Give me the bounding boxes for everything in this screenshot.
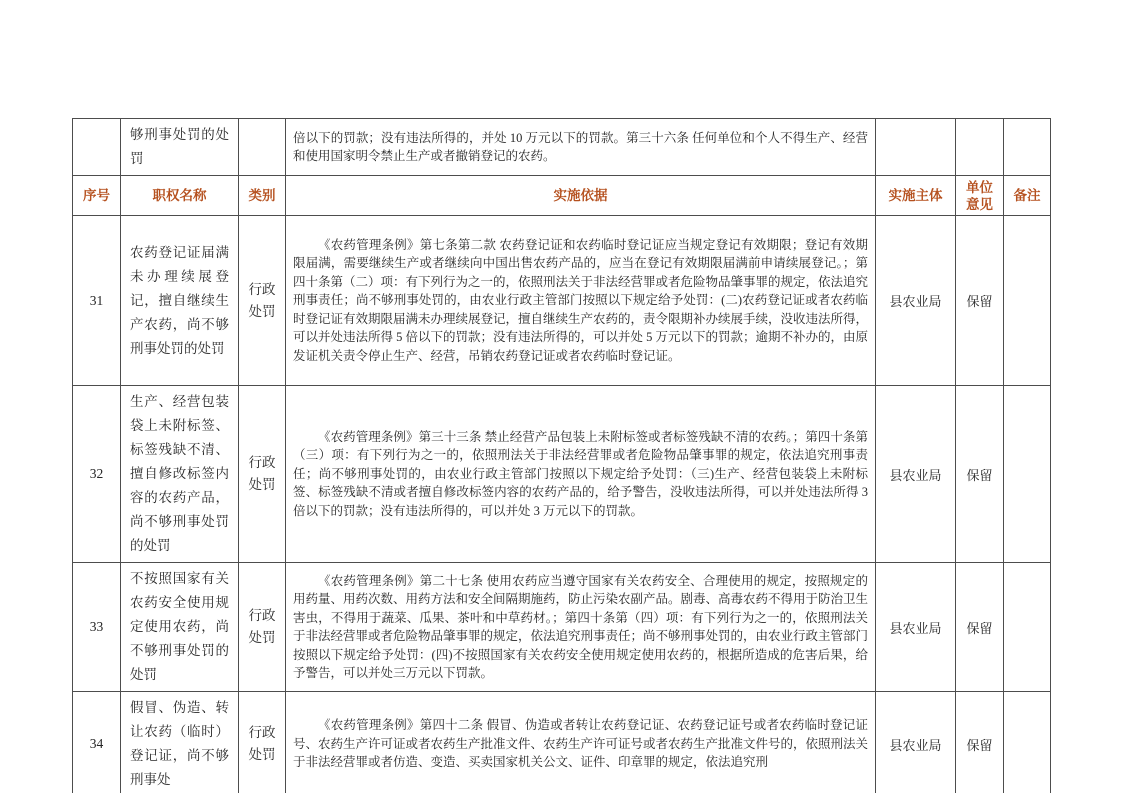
header-subject: 实施主体 — [876, 176, 956, 216]
cell-category: 行政处罚 — [239, 216, 286, 386]
header-category: 类别 — [239, 176, 286, 216]
header-basis: 实施依据 — [286, 176, 876, 216]
basis-text: 《农药管理条例》第七条第二款 农药登记证和农药临时登记证应当规定登记有效期限；登… — [293, 236, 868, 366]
table-row: 32 生产、经营包装袋上未附标签、标签残缺不清、擅自修改标签内容的农药产品，尚不… — [73, 386, 1051, 563]
cell-subject: 县农业局 — [876, 692, 956, 793]
cell-category: 行政处罚 — [239, 563, 286, 692]
cell-remark — [1004, 563, 1051, 692]
cell-basis: 倍以下的罚款；没有违法所得的，并处 10 万元以下的罚款。第三十六条 任何单位和… — [286, 119, 876, 176]
authority-table: 够刑事处罚的处罚 倍以下的罚款；没有违法所得的，并处 10 万元以下的罚款。第三… — [72, 118, 1051, 793]
cell-subject — [876, 119, 956, 176]
cell-category: 行政处罚 — [239, 386, 286, 563]
basis-text: 《农药管理条例》第二十七条 使用农药应当遵守国家有关农药安全、合理使用的规定，按… — [293, 572, 868, 683]
cell-subject: 县农业局 — [876, 386, 956, 563]
cell-authority-name: 生产、经营包装袋上未附标签、标签残缺不清、擅自修改标签内容的农药产品，尚不够刑事… — [121, 386, 239, 563]
cell-opinion: 保留 — [956, 386, 1004, 563]
cell-category — [239, 119, 286, 176]
cell-remark — [1004, 216, 1051, 386]
cell-opinion: 保留 — [956, 692, 1004, 793]
cell-opinion — [956, 119, 1004, 176]
cell-basis: 《农药管理条例》第四十二条 假冒、伪造或者转让农药登记证、农药登记证号或者农药临… — [286, 692, 876, 793]
table-row: 31 农药登记证届满未办理续展登记，擅自继续生产农药，尚不够刑事处罚的处罚 行政… — [73, 216, 1051, 386]
cell-authority-name: 农药登记证届满未办理续展登记，擅自继续生产农药，尚不够刑事处罚的处罚 — [121, 216, 239, 386]
cell-basis: 《农药管理条例》第三十三条 禁止经营产品包装上未附标签或者标签残缺不清的农药。；… — [286, 386, 876, 563]
header-no: 序号 — [73, 176, 121, 216]
cell-subject: 县农业局 — [876, 216, 956, 386]
cell-remark — [1004, 119, 1051, 176]
table-row: 34 假冒、伪造、转让农药（临时）登记证，尚不够刑事处 行政处罚 《农药管理条例… — [73, 692, 1051, 793]
header-remark: 备注 — [1004, 176, 1051, 216]
cell-category: 行政处罚 — [239, 692, 286, 793]
cell-no — [73, 119, 121, 176]
basis-text: 《农药管理条例》第四十二条 假冒、伪造或者转让农药登记证、农药登记证号或者农药临… — [293, 716, 868, 772]
basis-text: 《农药管理条例》第三十三条 禁止经营产品包装上未附标签或者标签残缺不清的农药。；… — [293, 428, 868, 521]
cell-no: 34 — [73, 692, 121, 793]
cell-no: 33 — [73, 563, 121, 692]
table-header-row: 序号 职权名称 类别 实施依据 实施主体 单位意见 备注 — [73, 176, 1051, 216]
cell-authority-name: 够刑事处罚的处罚 — [121, 119, 239, 176]
header-authority-name: 职权名称 — [121, 176, 239, 216]
cell-remark — [1004, 386, 1051, 563]
basis-text: 倍以下的罚款；没有违法所得的，并处 10 万元以下的罚款。第三十六条 任何单位和… — [293, 129, 868, 166]
cell-no: 31 — [73, 216, 121, 386]
cell-remark — [1004, 692, 1051, 793]
cell-basis: 《农药管理条例》第七条第二款 农药登记证和农药临时登记证应当规定登记有效期限；登… — [286, 216, 876, 386]
cell-opinion: 保留 — [956, 216, 1004, 386]
cell-subject: 县农业局 — [876, 563, 956, 692]
table-row-continuation: 够刑事处罚的处罚 倍以下的罚款；没有违法所得的，并处 10 万元以下的罚款。第三… — [73, 119, 1051, 176]
table-row: 33 不按照国家有关农药安全使用规定使用农药，尚不够刑事处罚的处罚 行政处罚 《… — [73, 563, 1051, 692]
cell-authority-name: 假冒、伪造、转让农药（临时）登记证，尚不够刑事处 — [121, 692, 239, 793]
cell-opinion: 保留 — [956, 563, 1004, 692]
cell-no: 32 — [73, 386, 121, 563]
header-opinion: 单位意见 — [956, 176, 1004, 216]
cell-authority-name: 不按照国家有关农药安全使用规定使用农药，尚不够刑事处罚的处罚 — [121, 563, 239, 692]
document-page: 够刑事处罚的处罚 倍以下的罚款；没有违法所得的，并处 10 万元以下的罚款。第三… — [0, 0, 1122, 793]
cell-basis: 《农药管理条例》第二十七条 使用农药应当遵守国家有关农药安全、合理使用的规定，按… — [286, 563, 876, 692]
